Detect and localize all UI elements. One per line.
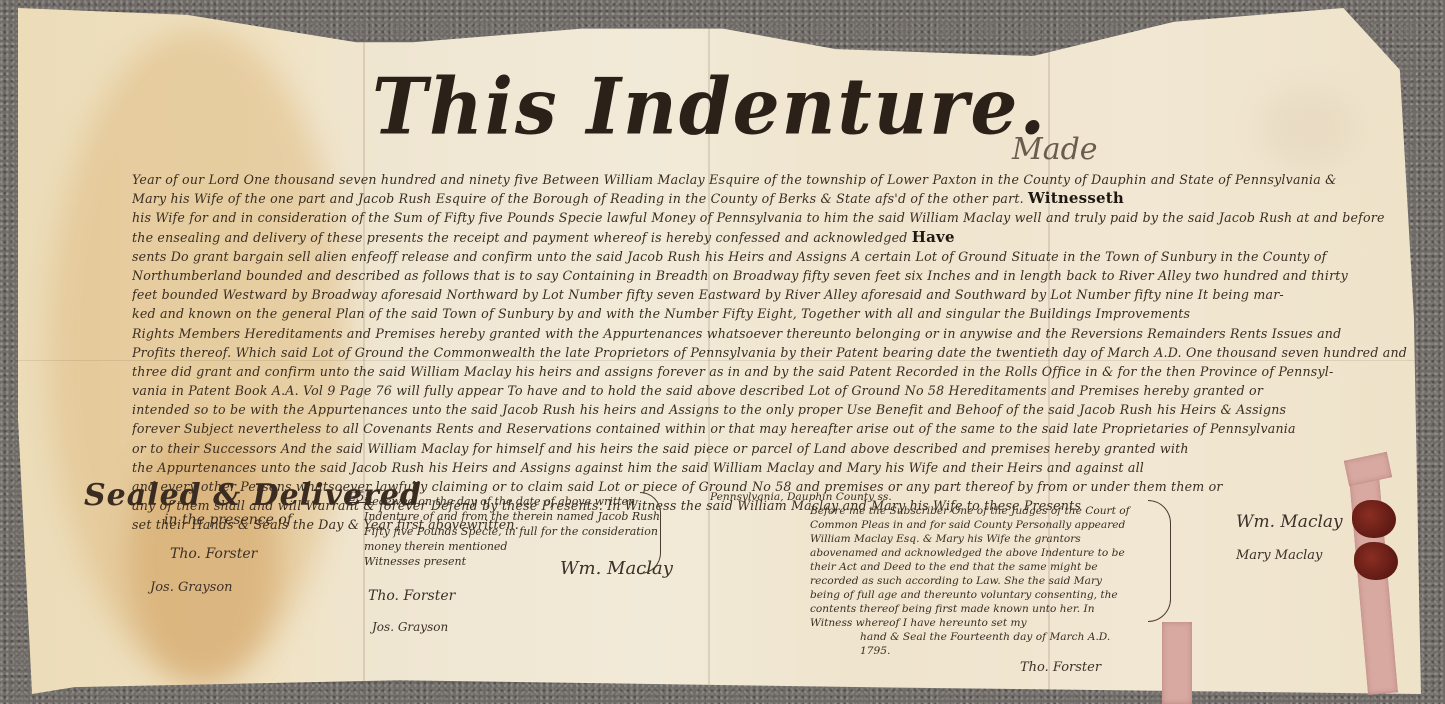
body-line: vania in Patent Book A.A. Vol 9 Page 76 …: [132, 381, 1407, 400]
witness-signature: Tho. Forster: [170, 546, 257, 562]
receipt-witness-signature: Tho. Forster: [368, 588, 455, 604]
acknowledgment-brace: [1148, 500, 1171, 622]
wax-seal: [1354, 542, 1398, 580]
witness-signature: Jos. Grayson: [150, 580, 233, 595]
body-line: or to their Successors And the said Will…: [132, 439, 1407, 458]
body-line: his Wife for and in consideration of the…: [132, 208, 1407, 227]
body-line: the ensealing and delivery of these pres…: [132, 228, 1407, 247]
document-title: This Indenture.: [372, 62, 1047, 152]
have-heading: Have: [912, 228, 955, 246]
receipt-witness-signature: Jos. Grayson: [372, 620, 448, 634]
presence-label: in the presence of: [164, 512, 292, 528]
receipt-signature: Wm. Maclay: [560, 558, 673, 579]
seal-impression: [1258, 88, 1358, 168]
grantor-signature: Wm. Maclay: [1236, 512, 1343, 532]
acknowledgment-closing: hand & Seal the Fourteenth day of March …: [710, 630, 1130, 658]
seal-ribbon: [1162, 622, 1192, 704]
body-line: intended so to be with the Appurtenances…: [132, 400, 1407, 419]
body-line: Northumberland bounded and described as …: [132, 266, 1407, 285]
acknowledgment-heading: Pennsylvania, Dauphin County ss.: [710, 490, 1130, 504]
made-heading: Made: [1012, 132, 1098, 167]
body-line: Year of our Lord One thousand seven hund…: [132, 170, 1407, 189]
receipt-witness-label: Witnesses present: [364, 555, 466, 568]
body-line: forever Subject nevertheless to all Cove…: [132, 419, 1407, 438]
body-line: feet bounded Westward by Broadway afores…: [132, 285, 1407, 304]
body-line: three did grant and confirm unto the sai…: [132, 362, 1407, 381]
witnesseth-heading: Witnesseth: [1028, 189, 1124, 207]
acknowledgment-text: Before me the Subscriber One of the Judg…: [710, 504, 1130, 630]
body-line: sents Do grant bargain sell alien enfeof…: [132, 247, 1407, 266]
wax-seal: [1352, 500, 1396, 538]
body-line: Rights Members Hereditaments and Premise…: [132, 324, 1407, 343]
body-line: Profits thereof. Which said Lot of Groun…: [132, 343, 1407, 362]
grantor-signature: Mary Maclay: [1236, 548, 1322, 563]
judge-signature: Tho. Forster: [1020, 660, 1101, 675]
body-line: the Appurtenances unto the said Jacob Ru…: [132, 458, 1407, 477]
body-line: ked and known on the general Plan of the…: [132, 304, 1407, 323]
acknowledgment-block: Pennsylvania, Dauphin County ss. Before …: [710, 490, 1130, 658]
body-line: Mary his Wife of the one part and Jacob …: [132, 189, 1407, 208]
